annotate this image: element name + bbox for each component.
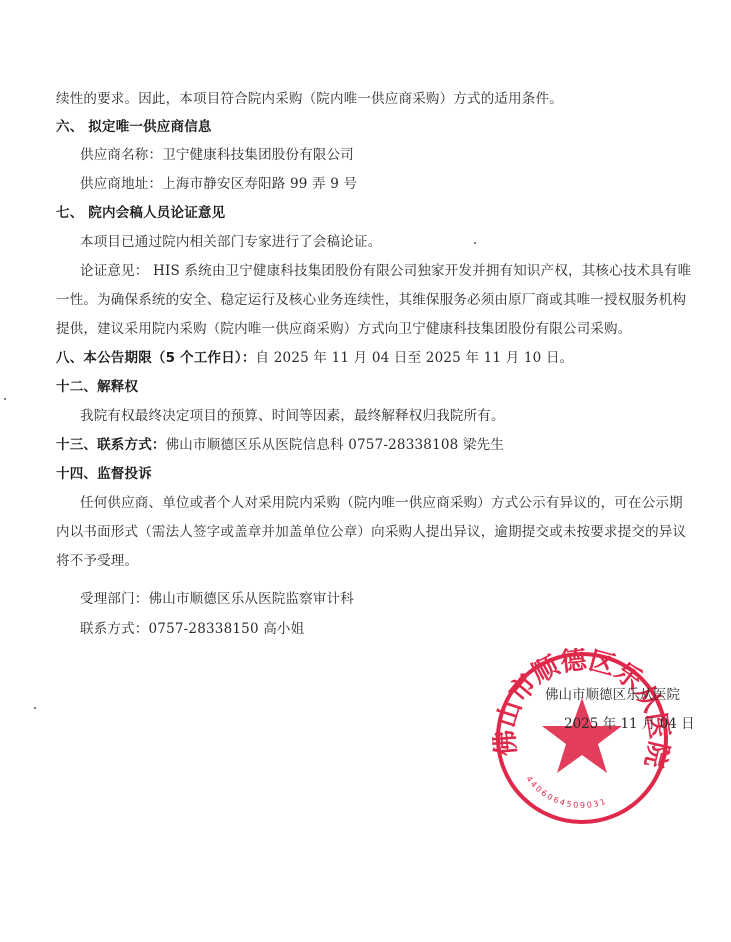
contact-label: 十三、联系方式：	[56, 437, 166, 453]
section-heading-14: 十四、监督投诉	[56, 465, 152, 483]
scan-speck	[474, 242, 476, 244]
section-heading-6: 六、 拟定唯一供应商信息	[56, 118, 212, 136]
scan-speck	[4, 398, 6, 400]
signature-date: 2025 年 11 月 04 日	[564, 712, 695, 732]
contact-value: 佛山市顺德区乐从医院信息科 0757-28338108 梁先生	[166, 437, 504, 453]
section-heading-13: 十三、联系方式：佛山市顺德区乐从医院信息科 0757-28338108 梁先生	[56, 436, 504, 454]
section-heading-8: 八、本公告期限（5 个工作日）：自 2025 年 11 月 04 日至 2025…	[56, 349, 573, 367]
complaint-department: 受理部门：佛山市顺德区乐从医院监察审计科	[80, 590, 354, 608]
signature-org: 佛山市顺德区乐从医院	[545, 683, 680, 703]
section-heading-12: 十二、解释权	[56, 378, 138, 396]
scan-speck	[34, 707, 36, 709]
paragraph-line: 续性的要求。因此，本项目符合院内采购（院内唯一供应商采购）方式的适用条件。	[56, 90, 563, 108]
svg-text:4406064509031: 4406064509031	[524, 774, 608, 810]
paragraph-line: 内以书面形式（需法人签字或盖章并加盖单位公章）向采购人提出异议，逾期提交或未按要…	[56, 523, 686, 541]
supplier-address: 供应商地址：上海市静安区寿阳路 99 弄 9 号	[80, 175, 357, 193]
paragraph-line: 将不予受理。	[56, 552, 138, 570]
notice-period-label: 八、本公告期限（5 个工作日）：	[56, 350, 256, 366]
supplier-name: 供应商名称：卫宁健康科技集团股份有限公司	[80, 146, 354, 164]
paragraph-line: 任何供应商、单位或者个人对采用院内采购（院内唯一供应商采购）方式公示有异议的，可…	[80, 494, 683, 512]
notice-period-value: 自 2025 年 11 月 04 日至 2025 年 11 月 10 日。	[256, 350, 574, 366]
paragraph-line: 本项目已通过院内相关部门专家进行了会稿论证。	[80, 233, 381, 251]
section-heading-7: 七、 院内会稿人员论证意见	[56, 204, 225, 222]
complaint-contact: 联系方式：0757-28338150 高小姐	[80, 620, 304, 638]
paragraph-line: 提供，建议采用院内采购（院内唯一供应商采购）方式向卫宁健康科技集团股份有限公司采…	[56, 320, 631, 338]
paragraph-line: 我院有权最终决定项目的预算、时间等因素，最终解释权归我院所有。	[80, 407, 505, 425]
paragraph-line: 论证意见： HIS 系统由卫宁健康科技集团股份有限公司独家开发并拥有知识产权，其…	[80, 262, 691, 280]
paragraph-line: 一性。为确保系统的安全、稳定运行及核心业务连续性，其维保服务必须由原厂商或其唯一…	[56, 291, 686, 309]
official-seal-icon: 佛山市顺德区乐从医院 4406064509031	[492, 648, 672, 828]
